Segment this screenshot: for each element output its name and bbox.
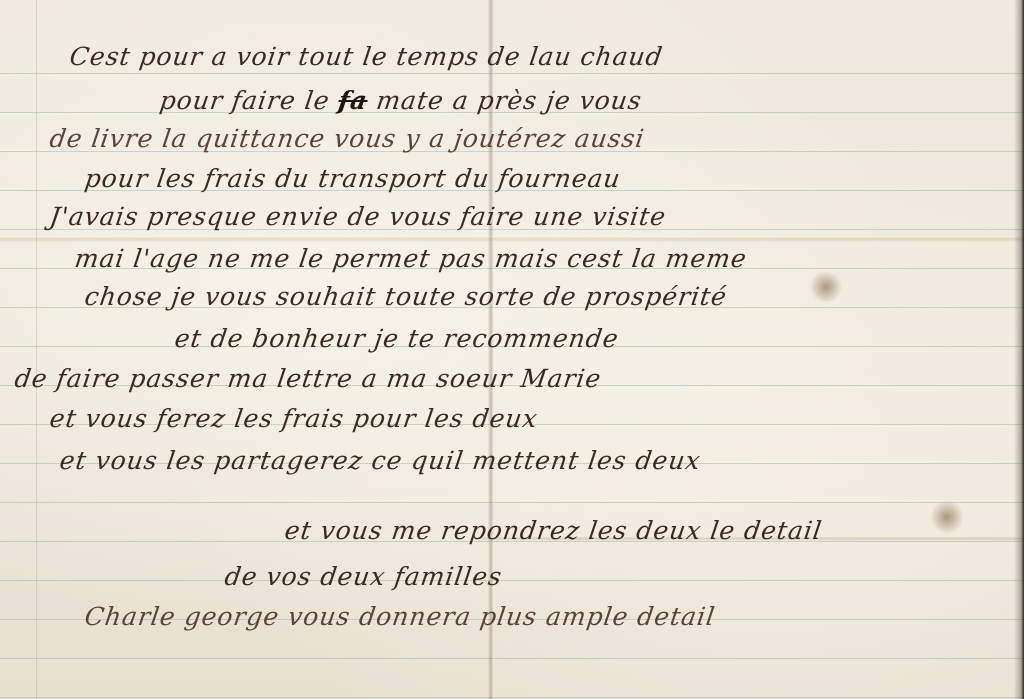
letter-line-8: et de bonheur je te recommende <box>173 324 621 353</box>
letter-line-13: de vos deux familles <box>223 562 504 591</box>
horizontal-fold <box>0 236 1024 242</box>
struck-out-word: fa <box>337 86 370 115</box>
letter-line-2-start: pour faire le <box>158 86 341 115</box>
letter-line-1: Cest pour a voir tout le temps de lau ch… <box>68 42 665 71</box>
letter-line-5: J'avais presque envie de vous faire une … <box>48 202 668 231</box>
letter-line-2-end: mate a près je vous <box>366 86 644 115</box>
letter-line-4: pour les frais du transport du fourneau <box>83 164 623 193</box>
letter-line-10: et vous ferez les frais pour les deux <box>48 404 540 433</box>
letter-line-3: de livre la quittance vous y a joutérez … <box>48 124 647 153</box>
letter-line-14: Charle george vous donnera plus ample de… <box>83 602 717 631</box>
letter-line-12: et vous me repondrez les deux le detail <box>283 516 824 545</box>
letter-page: Cest pour a voir tout le temps de lau ch… <box>0 0 1024 699</box>
letter-line-11: et vous les partagerez ce quil mettent l… <box>58 446 703 475</box>
ink-blot <box>930 500 964 534</box>
letter-line-6: mai l'age ne me le permet pas mais cest … <box>73 244 749 273</box>
letter-line-2: pour faire le fa mate a près je vous <box>158 86 644 115</box>
letter-line-7: chose je vous souhait toute sorte de pro… <box>83 282 729 311</box>
ink-stain <box>808 272 844 302</box>
paper-edge-shadow <box>1014 0 1024 699</box>
margin-line <box>36 0 37 699</box>
letter-line-9: de faire passer ma lettre a ma soeur Mar… <box>13 364 603 393</box>
